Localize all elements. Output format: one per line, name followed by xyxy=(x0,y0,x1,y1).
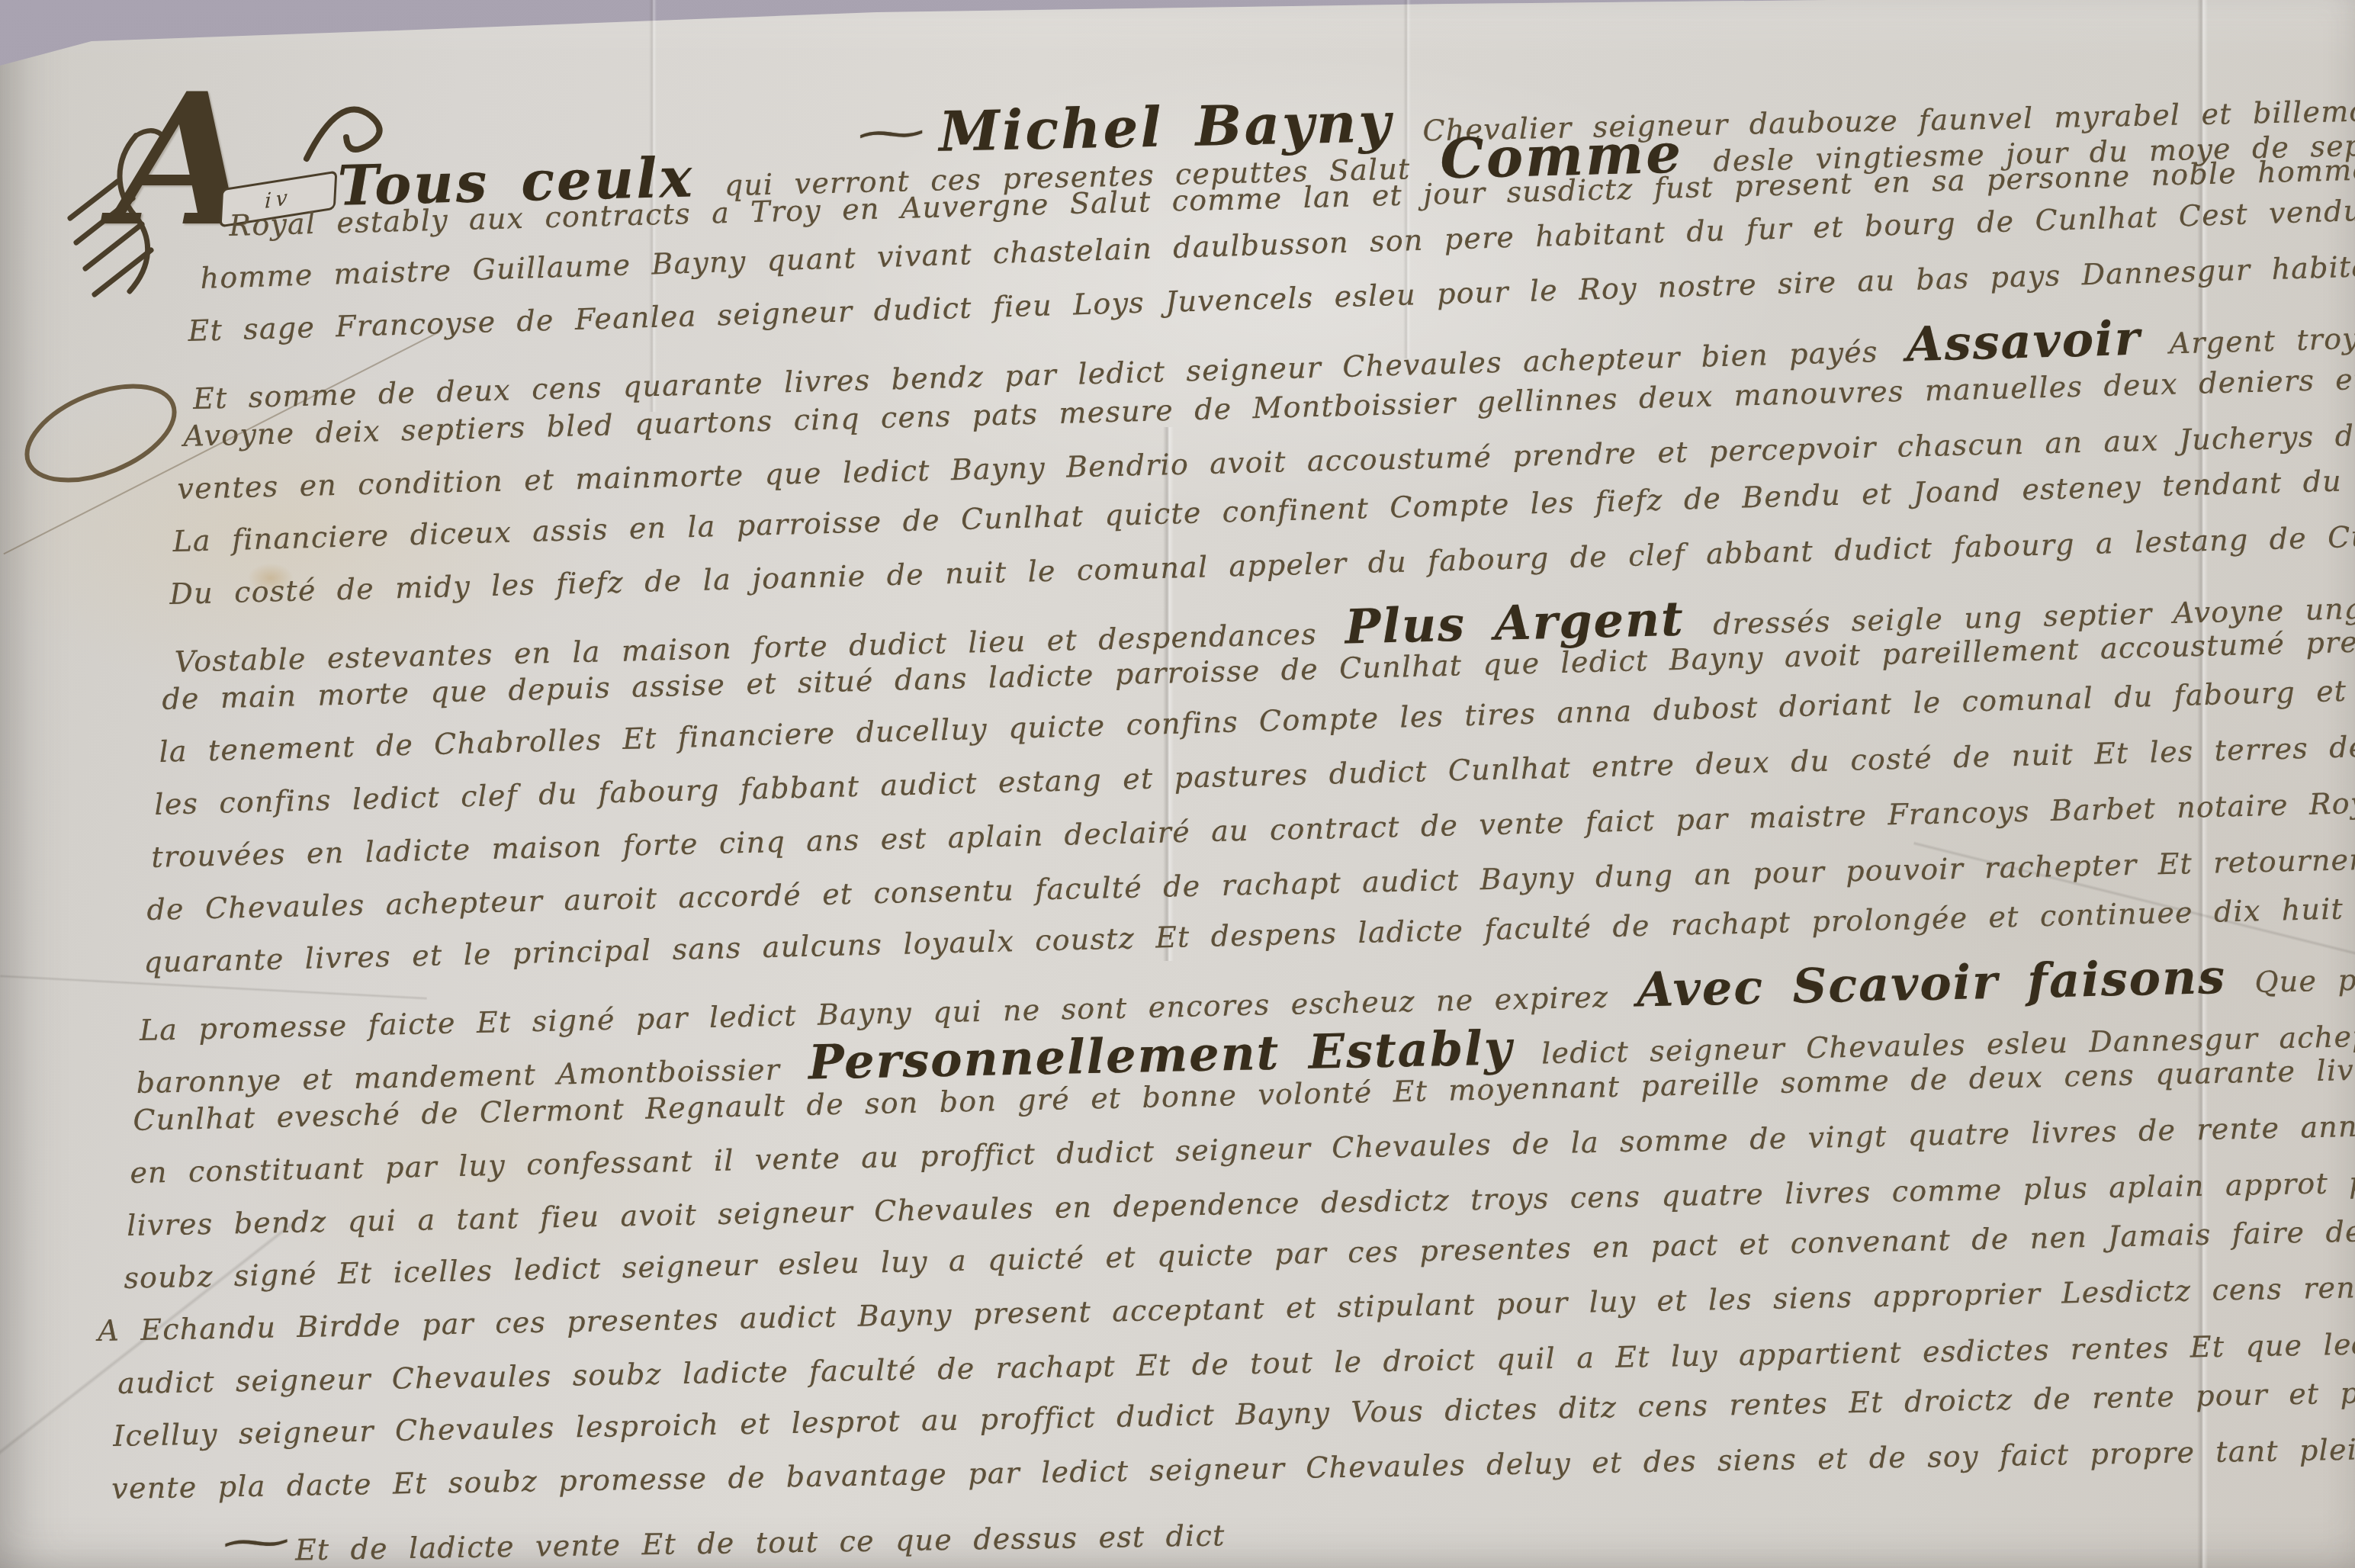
manuscript-text: ~Michel Bayny Chevalier seigneur daubouz… xyxy=(0,0,2355,1568)
manuscript-text-segment: Argent troys livres dix deniers Vingt xyxy=(2148,310,2355,361)
calligraphic-word: ~ xyxy=(167,1520,348,1564)
calligraphic-word: Avec Scavoir faisons xyxy=(1628,949,2234,1018)
manuscript-photo: A iv ~Michel Bayny Chevalier seigneur da… xyxy=(0,0,2355,1568)
manuscript-text-segment: Et de ladicte vente Et de tout ce que de… xyxy=(295,1518,1226,1566)
manuscript-line: ~Et de ladicte vente Et de tout ce que d… xyxy=(220,1511,1226,1568)
manuscript-text-segment: Que par devant Guillaume xyxy=(2234,956,2355,1000)
calligraphic-word: Assavoir xyxy=(1898,310,2150,372)
